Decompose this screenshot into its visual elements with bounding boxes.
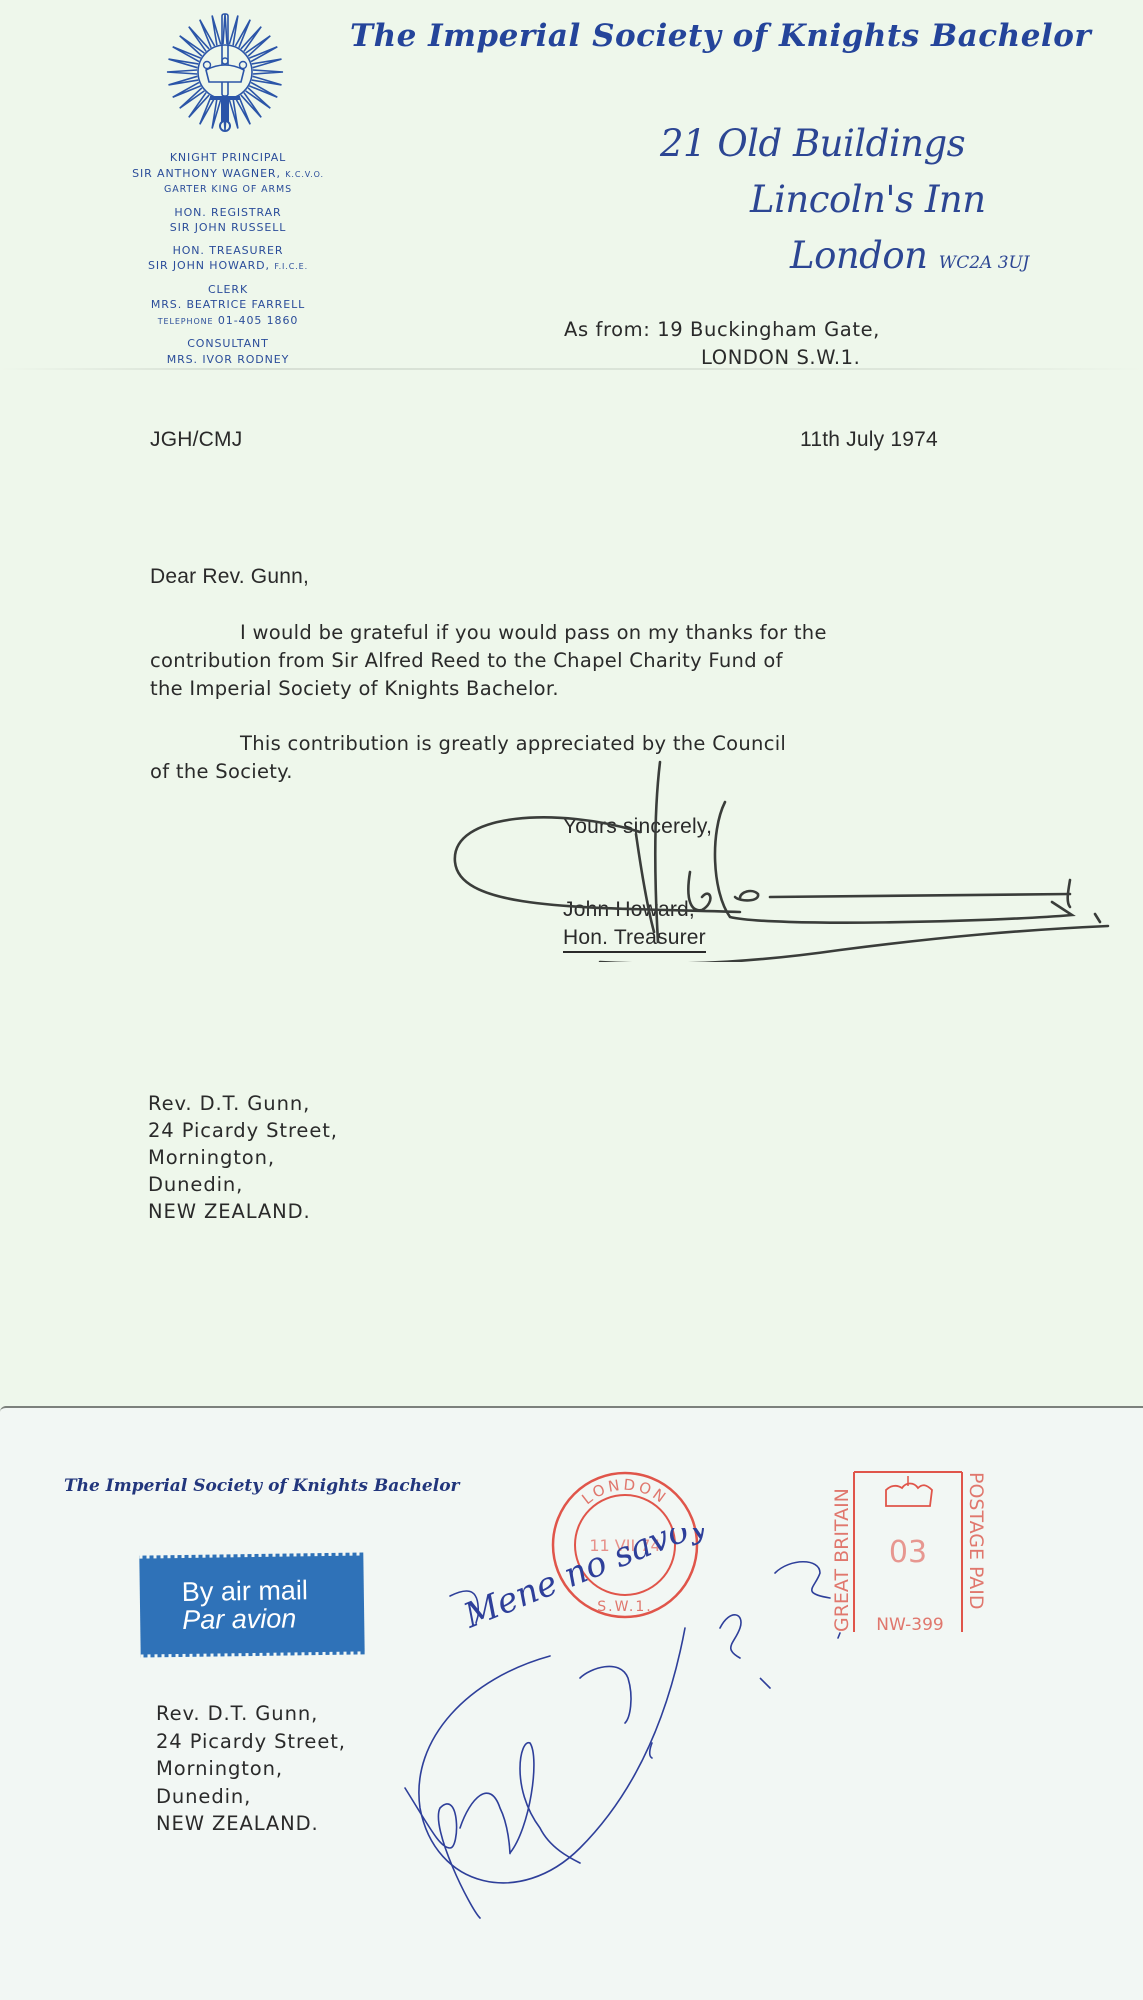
- airmail-label: By air mail Par avion: [139, 1552, 364, 1657]
- salutation: Dear Rev. Gunn,: [150, 565, 309, 589]
- letterhead-address-line3: London WC2A 3UJ: [790, 234, 1029, 277]
- closing: Yours sincerely,: [563, 815, 712, 839]
- letter-date: 11th July 1974: [800, 428, 938, 452]
- meter-postage-paid: POSTAGE PAID: [965, 1472, 984, 1610]
- body-paragraph-2: This contribution is greatly appreciated…: [150, 730, 950, 786]
- letterhead-address-line1: 21 Old Buildings: [660, 122, 965, 165]
- letter-sheet: KNIGHT PRINCIPAL SIR ANTHONY WAGNER, K.C…: [0, 0, 1143, 1406]
- meter-country: GREAT BRITAIN: [834, 1488, 853, 1632]
- reference: JGH/CMJ: [150, 428, 242, 452]
- officer-hon-treasurer: HON. TREASURER SIR JOHN HOWARD, F.I.C.E.: [112, 243, 344, 275]
- sword-crown-sunburst-emblem-icon: [164, 10, 286, 134]
- recipient-address: Rev. D.T. Gunn, 24 Picardy Street, Morni…: [148, 1090, 338, 1225]
- postcode: WC2A 3UJ: [939, 253, 1029, 273]
- envelope-sender: The Imperial Society of Knights Bachelor: [64, 1476, 460, 1496]
- officer-hon-registrar: HON. REGISTRAR SIR JOHN RUSSELL: [112, 205, 344, 236]
- meter-number: NW-399: [876, 1615, 943, 1635]
- envelope-recipient-address: Rev. D.T. Gunn, 24 Picardy Street, Morni…: [156, 1700, 346, 1838]
- postmark-district: S.W.1.: [597, 1599, 652, 1615]
- officer-knight-principal: KNIGHT PRINCIPAL SIR ANTHONY WAGNER, K.C…: [112, 150, 344, 198]
- envelope: The Imperial Society of Knights Bachelor…: [0, 1406, 1143, 2000]
- officers-list: KNIGHT PRINCIPAL SIR ANTHONY WAGNER, K.C…: [112, 150, 344, 374]
- officer-consultant: CONSULTANT MRS. IVOR RODNEY: [112, 336, 344, 367]
- postmark-date: 11 VII 74: [589, 1536, 660, 1555]
- signatory-name: John Howard,: [563, 898, 695, 922]
- signatory-title: Hon. Treasurer: [563, 926, 706, 953]
- as-from-address-line1: As from: 19 Buckingham Gate,: [564, 318, 880, 341]
- meter-value: 03: [889, 1535, 927, 1570]
- society-name-heading: The Imperial Society of Knights Bachelor: [350, 18, 970, 54]
- officer-clerk: CLERK MRS. BEATRICE FARRELL TELEPHONE 01…: [112, 282, 344, 330]
- postage-meter-stamp: 03 NW-399 GREAT BRITAIN POSTAGE PAID: [834, 1462, 984, 1642]
- as-from-address-line2: LONDON S.W.1.: [701, 346, 860, 369]
- body-paragraph-1: I would be grateful if you would pass on…: [150, 619, 950, 703]
- letterhead-address-line2: Lincoln's Inn: [750, 178, 986, 221]
- postmark-icon: LONDON 11 VII 74 S.W.1.: [548, 1468, 702, 1622]
